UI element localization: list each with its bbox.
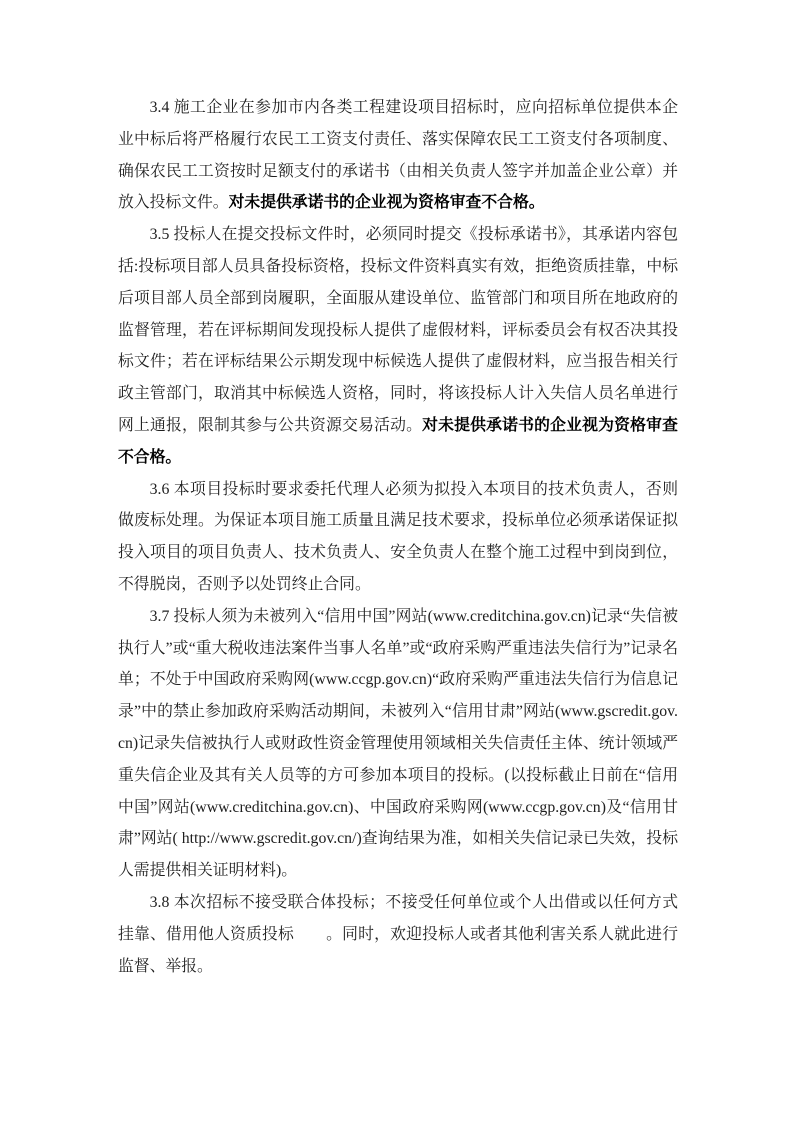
paragraph-clause-3-4: 3.4 施工企业在参加市内各类工程建设项目招标时，应向招标单位提供本企业中标后将… [118,92,678,219]
body-text: 3.5 投标人在提交投标文件时，必须同时提交《投标承诺书》，其承诺内容包括:投标… [118,226,678,434]
paragraph-clause-3-7: 3.7 投标人须为未被列入“信用中国”网站(www.creditchina.go… [118,601,678,887]
paragraph-clause-3-8: 3.8 本次招标不接受联合体投标；不接受任何单位或个人出借或以任何方式挂靠、借用… [118,887,678,982]
document-body: 3.4 施工企业在参加市内各类工程建设项目招标时，应向招标单位提供本企业中标后将… [118,92,678,982]
body-text: 3.6 本项目投标时要求委托代理人必须为拟投入本项目的技术负责人，否则做废标处理… [118,481,678,593]
paragraph-clause-3-6: 3.6 本项目投标时要求委托代理人必须为拟投入本项目的技术负责人，否则做废标处理… [118,474,678,601]
paragraph-clause-3-5: 3.5 投标人在提交投标文件时，必须同时提交《投标承诺书》，其承诺内容包括:投标… [118,219,678,473]
document-page: 3.4 施工企业在参加市内各类工程建设项目招标时，应向招标单位提供本企业中标后将… [0,0,793,1122]
bold-emphasis-text: 对未提供承诺书的企业视为资格审查不合格。 [229,194,545,211]
body-text: 3.8 本次招标不接受联合体投标；不接受任何单位或个人出借或以任何方式挂靠、借用… [118,894,678,975]
body-text: 3.7 投标人须为未被列入“信用中国”网站(www.creditchina.go… [118,608,678,879]
